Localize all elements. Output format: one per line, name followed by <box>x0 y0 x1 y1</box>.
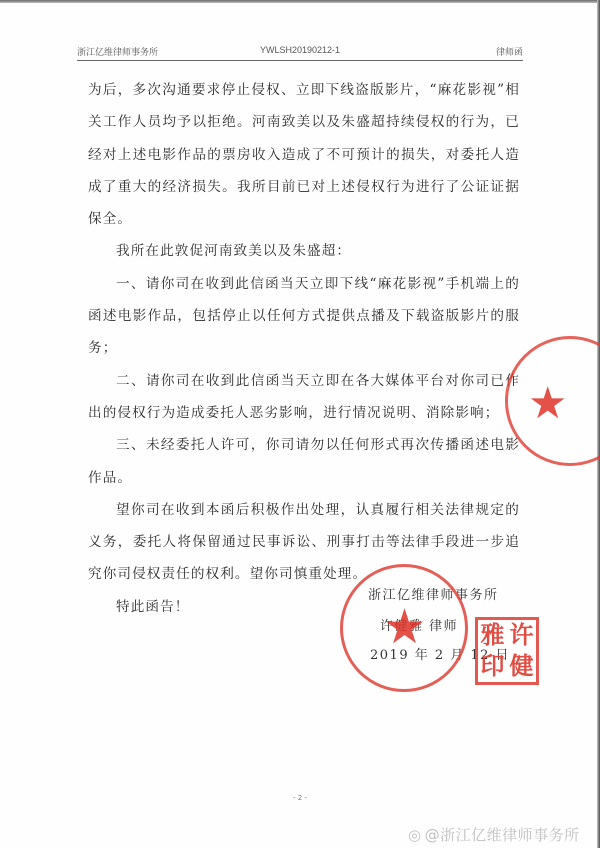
page-number: - 2 - <box>0 794 600 802</box>
seal-char: 许 <box>507 620 536 651</box>
header-doc-type: 律师函 <box>496 45 523 58</box>
paragraph-warning: 望你司在收到本函后积极作出处理，认真履行相关法律规定的义务，委托人将保留通过民事… <box>88 494 520 591</box>
header-doc-number: YWLSH20190212-1 <box>77 45 523 55</box>
watermark-text: @浙江亿维律师事务所 <box>425 826 580 844</box>
lawyer-name-seal: 雅 许 印 健 <box>475 617 539 685</box>
weibo-watermark: ◎@浙江亿维律师事务所 <box>408 824 580 845</box>
paragraph-demand-1: 一、请你司在收到此信函当天立即下线“麻花影视”手机端上的函述电影作品，包括停止以… <box>88 268 520 365</box>
seal-char: 雅 <box>478 620 507 651</box>
paragraph-demand-intro: 我所在此敦促河南致美以及朱盛超： <box>88 235 520 267</box>
seal-star-icon: ★ <box>528 382 567 426</box>
seal-char: 健 <box>507 651 536 682</box>
document-page: 浙江亿维律师事务所 YWLSH20190212-1 律师函 为后，多次沟通要求停… <box>0 0 600 848</box>
paragraph-infringement-summary: 为后，多次沟通要求停止侵权、立即下线盗版影片，“麻花影视”相关工作人员均予以拒绝… <box>88 74 520 235</box>
paragraph-demand-2: 二、请你司在收到此信函当天立即在各大媒体平台对你司已作出的侵权行为造成委托人恶劣… <box>88 365 520 430</box>
paragraph-demand-3: 三、未经委托人许可，你司请勿以任何形式再次传播函述电影作品。 <box>88 429 520 494</box>
weibo-icon: ◎ <box>408 826 422 844</box>
official-firm-seal: ★ <box>340 564 468 692</box>
seal-char: 印 <box>478 651 507 682</box>
letterhead: 浙江亿维律师事务所 YWLSH20190212-1 律师函 <box>77 42 523 61</box>
letter-body: 为后，多次沟通要求停止侵权、立即下线盗版影片，“麻花影视”相关工作人员均予以拒绝… <box>88 74 520 623</box>
scan-top-edge <box>0 0 600 3</box>
seal-star-icon: ★ <box>383 603 426 651</box>
